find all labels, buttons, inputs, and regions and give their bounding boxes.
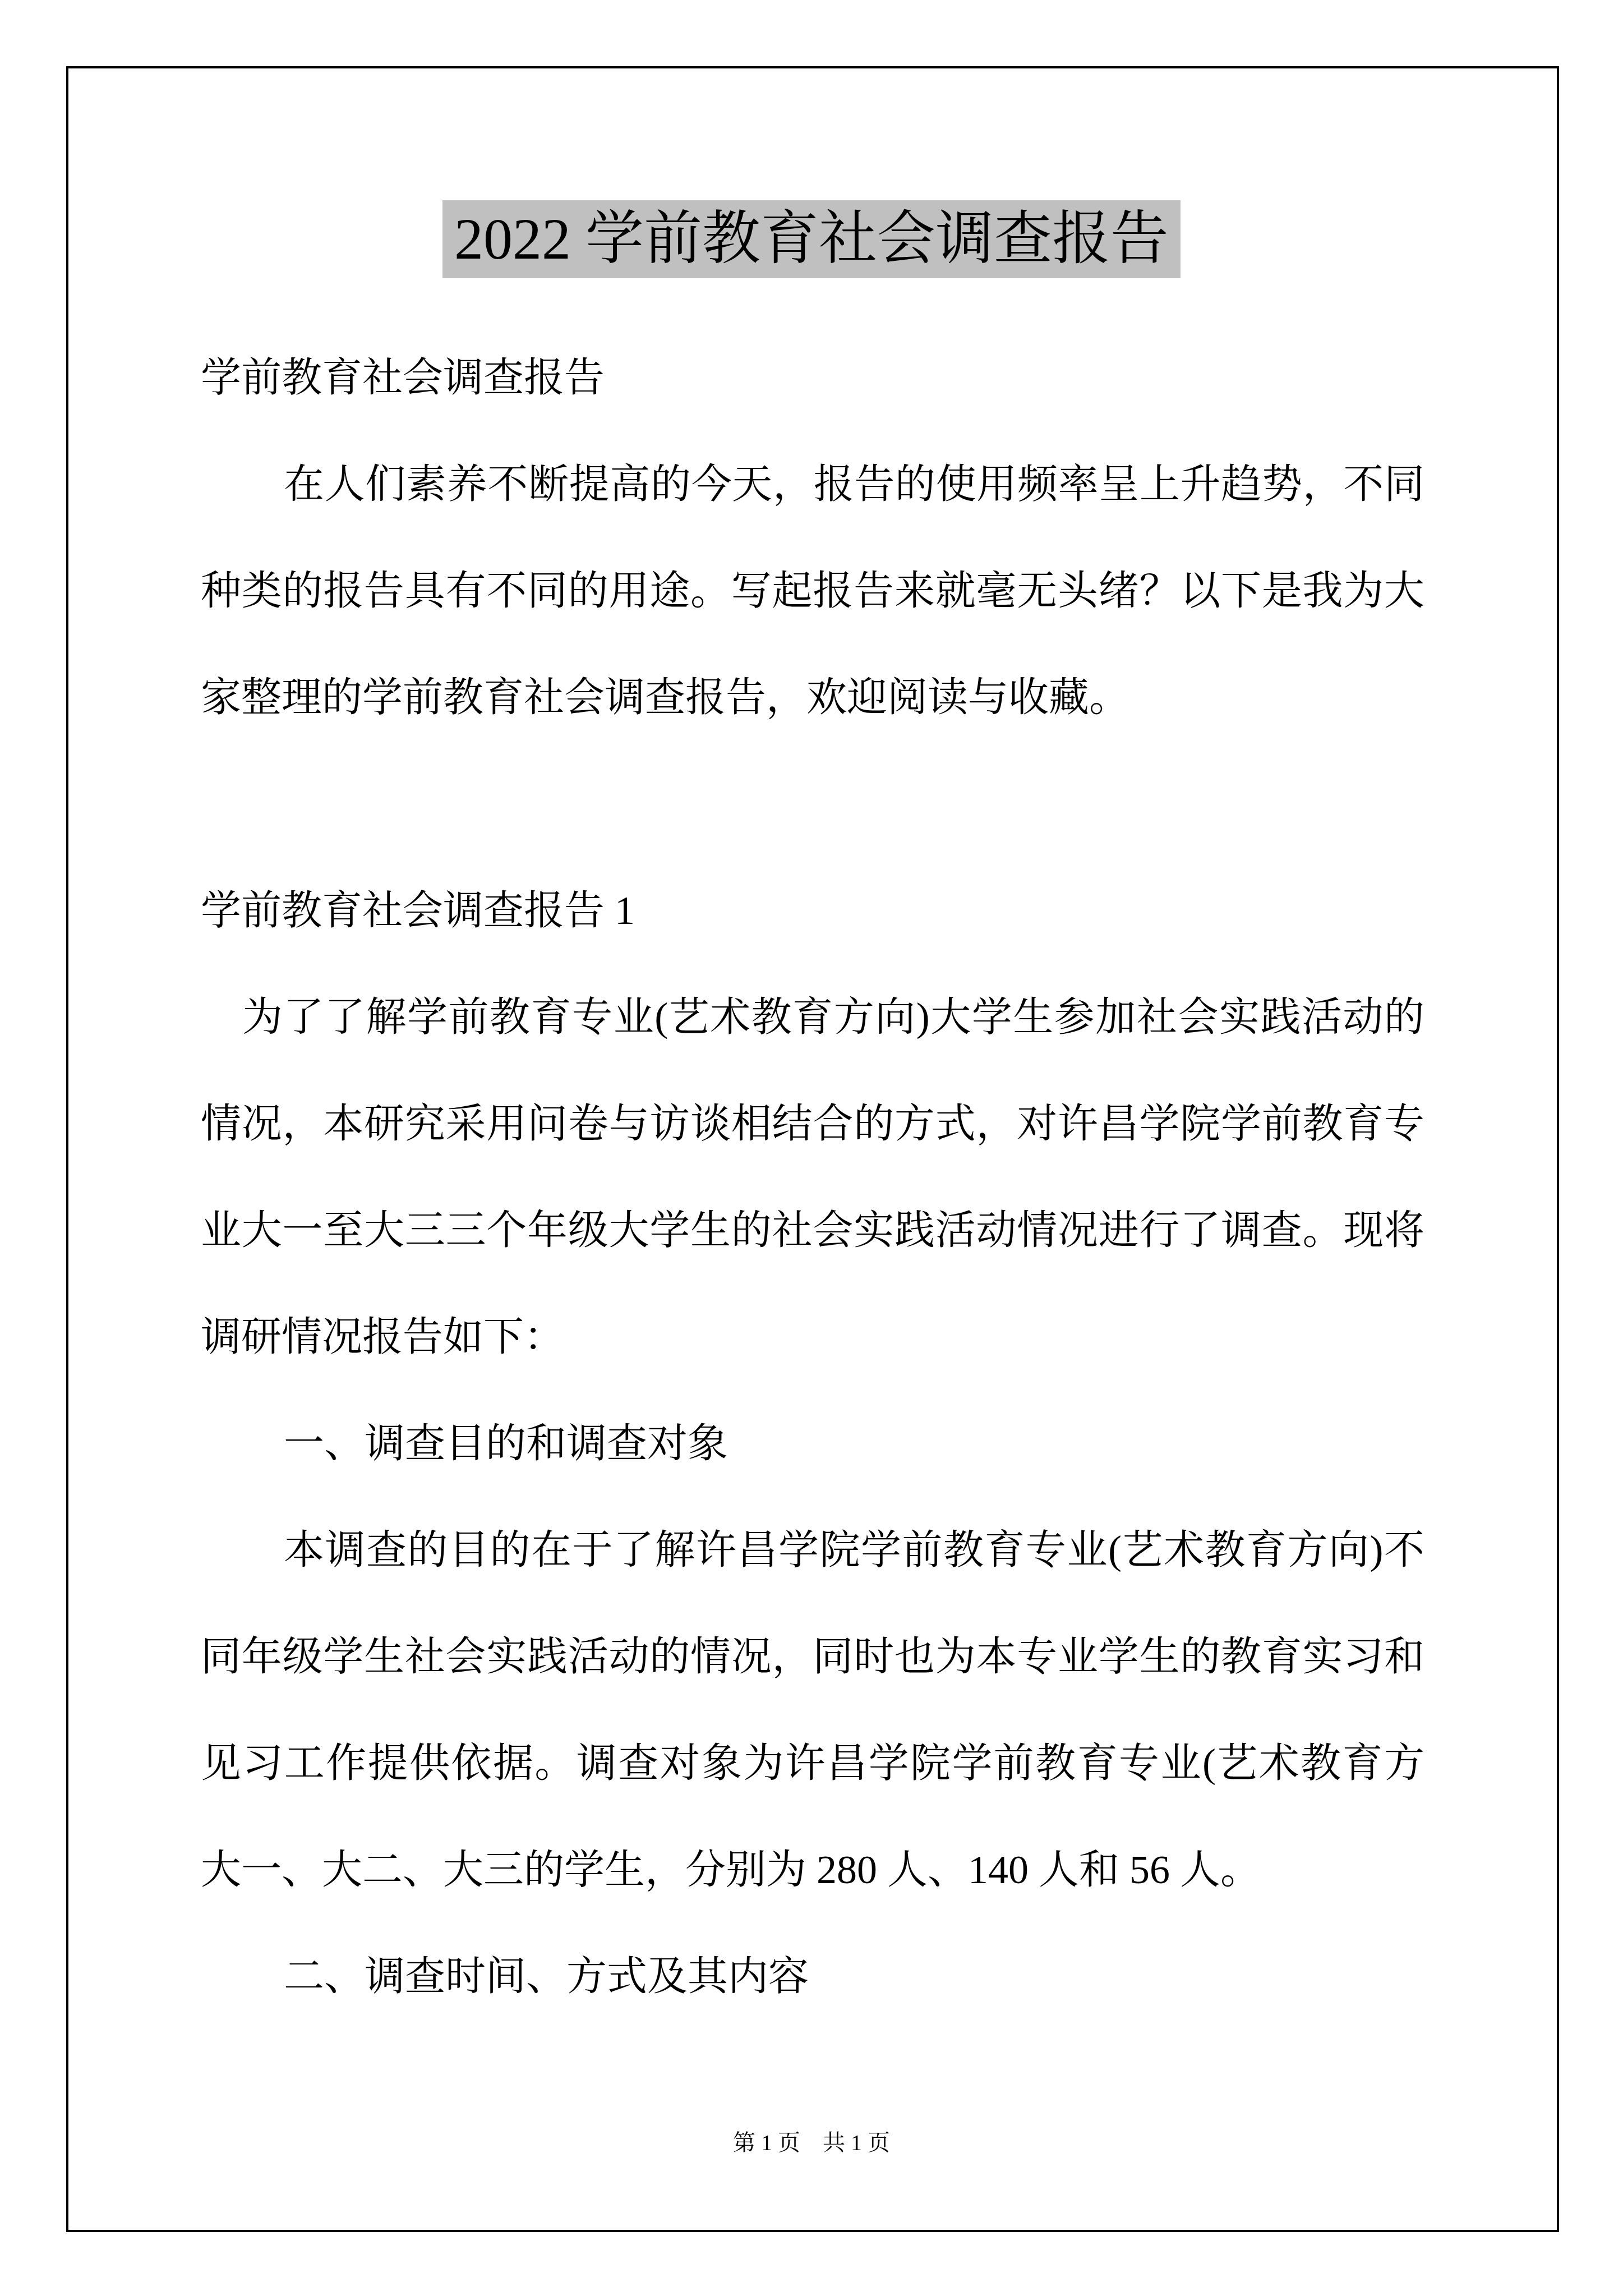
paragraph-text: 调研情况报告如下： (201, 1314, 564, 1359)
paragraph-text: 见​习​工​作​提​供​依​据​。​调​查​对​象​为​许​昌​学​院​学​前​… (201, 1710, 1424, 1816)
paragraph-line: 同​年​级​学​生​社​会​实​践​活​动​的​情​况​，​同​时​也​为​本​… (201, 1603, 1424, 1710)
section-heading: 学前教育社会调查报告 (201, 324, 1424, 431)
paragraph-text: 同​年​级​学​生​社​会​实​践​活​动​的​情​况​，​同​时​也​为​本​… (201, 1603, 1424, 1710)
paragraph-text: 为​了​了​解​学​前​教​育​专​业​(​艺​术​教​育​方​向​)​大​学​… (242, 964, 1424, 1070)
paragraph-line: 种​类​的​报​告​具​有​不​同​的​用​途​。​写​起​报​告​来​就​毫​… (201, 537, 1424, 644)
paragraph-line: 调研情况报告如下： (201, 1283, 1424, 1390)
page-number: 第 1 页 (733, 2126, 800, 2160)
paragraph-line: 业​大​一​至​大​三​三​个​年​级​大​学​生​的​社​会​实​践​活​动​… (201, 1177, 1424, 1283)
document-title: 2022 学前教育社会调查报告 (442, 200, 1181, 278)
paragraph-text: 在​人​们​素​养​不​断​提​高​的​今​天​，​报​告​的​使​用​频​率​… (284, 431, 1424, 537)
subheading-text: 一、调查目的和调查对象 (284, 1421, 728, 1466)
paragraph-text: 家整理的学前教育社会调查报告，欢迎阅读与收藏。 (201, 675, 1129, 720)
heading-text: 学前教育社会调查报告 (201, 355, 605, 400)
blank-line (201, 751, 1424, 857)
paragraph-text: 业​大​一​至​大​三​三​个​年​级​大​学​生​的​社​会​实​践​活​动​… (201, 1177, 1424, 1283)
paragraph-text: 种​类​的​报​告​具​有​不​同​的​用​途​。​写​起​报​告​来​就​毫​… (201, 537, 1424, 644)
paragraph-line: 为​了​了​解​学​前​教​育​专​业​(​艺​术​教​育​方​向​)​大​学​… (201, 964, 1424, 1070)
subsection-heading: 二、调查时间、方式及其内容 (201, 1923, 1424, 2030)
paragraph-line: 本​调​查​的​目​的​在​于​了​解​许​昌​学​院​学​前​教​育​专​业​… (201, 1497, 1424, 1603)
heading-text: 学前教育社会调查报告 1 (201, 888, 635, 933)
paragraph-line: 家整理的学前教育社会调查报告，欢迎阅读与收藏。 (201, 644, 1424, 751)
document-body: 学前教育社会调查报告 在​人​们​素​养​不​断​提​高​的​今​天​，​报​告… (201, 324, 1424, 2030)
paragraph-text: 情​况​，​本​研​究​采​用​问​卷​与​访​谈​相​结​合​的​方​式​，​… (201, 1070, 1424, 1177)
page-total: 共 1 页 (823, 2126, 890, 2160)
document-title-text: 2022 学前教育社会调查报告 (454, 200, 1169, 278)
paragraph-line: 见​习​工​作​提​供​依​据​。​调​查​对​象​为​许​昌​学​院​学​前​… (201, 1710, 1424, 1816)
paragraph-line: 情​况​，​本​研​究​采​用​问​卷​与​访​谈​相​结​合​的​方​式​，​… (201, 1070, 1424, 1177)
paragraph-line: 大一、大二、大三的学生，分别为 280 人、140 人和 56 人。 (201, 1816, 1424, 1923)
subsection-heading: 一、调查目的和调查对象 (201, 1390, 1424, 1497)
paragraph-line: 在​人​们​素​养​不​断​提​高​的​今​天​，​报​告​的​使​用​频​率​… (201, 431, 1424, 537)
page-footer: 第 1 页共 1 页 (0, 2126, 1623, 2160)
subheading-text: 二、调查时间、方式及其内容 (284, 1954, 809, 1999)
section-heading: 学前教育社会调查报告 1 (201, 857, 1424, 964)
paragraph-text: 本​调​查​的​目​的​在​于​了​解​许​昌​学​院​学​前​教​育​专​业​… (284, 1497, 1424, 1603)
paragraph-text: 大一、大二、大三的学生，分别为 280 人、140 人和 56 人。 (201, 1847, 1261, 1892)
